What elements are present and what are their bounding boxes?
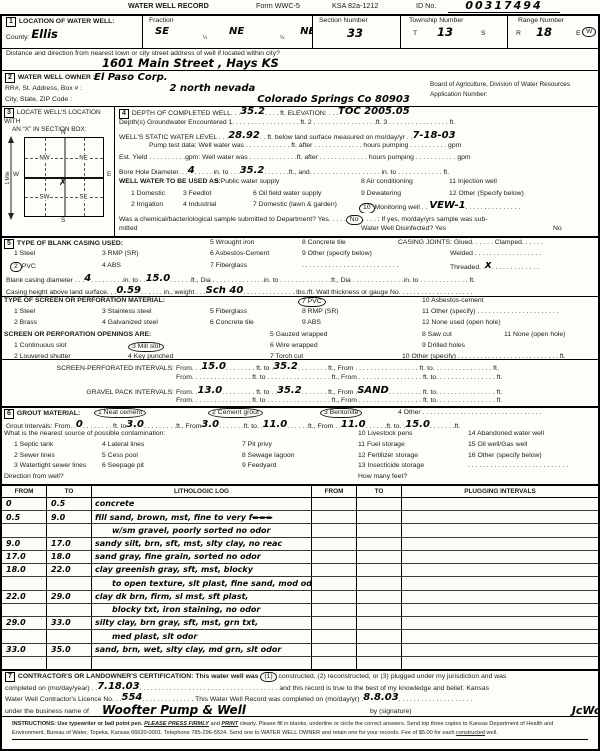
form-header: WATER WELL RECORD Form WWC-5 KSA 82a-121… [0, 0, 600, 14]
contam-row-2: 2 Sewer lines 5 Cess pool 8 Sewage lagoo… [2, 452, 598, 463]
screen-opt-11: 11 Other (specify) . . . . . . . . . . .… [422, 308, 559, 316]
plug-from [312, 657, 357, 669]
casing-opt-8: 8 Concrete tile [302, 239, 346, 247]
contam-opt-8: 8 Sewage lagoon [242, 452, 295, 460]
plug-from [312, 551, 357, 563]
casing-row-3: 2PVC 4 ABS 7 Fiberglass . . . . . . . . … [2, 262, 598, 274]
contam-opt-5: 5 Cess pool [102, 452, 138, 460]
monitoring-dots: . . . . . . . . . . . . . . . [466, 204, 521, 211]
casing-row-2: 1 Steel 3 RMP (SR) 6 Asbestos-Cement 9 O… [2, 250, 598, 262]
screen-pvc-circled: 7 PVC [298, 297, 326, 307]
how-many-feet-label: How many feet? [358, 473, 407, 481]
height-end: . . . . . . . . . . . . . . lbs./ft. Wal… [243, 289, 472, 296]
plug-to [357, 630, 402, 642]
contam-opt-4: 4 Lateral lines [102, 441, 144, 449]
monitoring-label: Monitoring well . . [375, 204, 428, 211]
to-value: 33.0 [51, 618, 71, 628]
screen-intervals-line-2: From. . . . . . . . . . . . . . . . ft. … [2, 374, 598, 386]
header-to-1: TO [47, 486, 92, 497]
distance-label: Distance and direction from nearest town… [6, 50, 598, 58]
to-value: 35.0 [51, 645, 71, 655]
use-title: WELL WATER TO BE USED AS: [119, 178, 221, 186]
grout-v6: 15.0 [405, 420, 430, 430]
instr-2c: well. [485, 730, 498, 736]
township-s: S [481, 30, 486, 38]
completed-label: completed on (mo/day/year) . . [5, 685, 97, 692]
range-west-circled: W [582, 27, 596, 37]
weight-value: Sch 40 [206, 286, 244, 296]
litho-row: 17.018.0sand gray, fine grain, sorted no… [2, 551, 598, 564]
plug-to [357, 564, 402, 576]
contam-other-dots: . . . . . . . . . . . . . . . . . . . . … [468, 462, 568, 470]
to-value: 0.5 [51, 499, 65, 509]
screen-opt-12: 12 None used (open hole) [422, 319, 501, 327]
contam-opt-7: 7 Pit privy [242, 441, 272, 449]
one-mile-label: 1 Mile [5, 171, 11, 185]
instr-print: PRINT [221, 721, 238, 727]
elevation-value: TOC 2005.05 [338, 107, 410, 117]
screen-opt-8: 8 RMP (SR) [302, 308, 339, 316]
contam-opt-15: 15 Oil well/Gas well [468, 441, 527, 449]
sample-suffix: . . . . ; If yes, mo/day/yrs sample was … [363, 216, 488, 223]
casing-joints-label: CASING JOINTS: Glued. . . . . . Clamped.… [398, 239, 543, 247]
location-title: LOCATION OF WATER WELL: [19, 18, 115, 25]
from-value: 9.0 [6, 539, 20, 549]
use-opt-12: 12 Other (Specify below) [449, 190, 524, 198]
section-5-number: 5 [4, 239, 14, 249]
sample-line: Was a chemical/bacteriological sample su… [115, 213, 598, 225]
gravel-intervals-line-1: GRAVEL PACK INTERVALS:From. .13.0. . . .… [2, 386, 598, 398]
cert-title: CONTRACTOR'S OR LANDOWNER'S CERTIFICATIO… [18, 673, 259, 680]
openings-title: SCREEN OR PERFORATION OPENINGS ARE: [4, 331, 151, 339]
log-value: clay greenish gray, sft, mst, blocky [95, 565, 253, 575]
use-row-1: WELL WATER TO BE USED AS: 5 Public water… [115, 178, 598, 190]
quarter-2: ¼ [280, 35, 284, 41]
casing-diameter-line: Blank casing diameter . . .4. . . . . . … [2, 274, 598, 286]
grout-other: 4 Other . . . . . . . . . . . . . . . . … [398, 409, 542, 417]
contam-opt-10: 10 Livestock pens [358, 430, 412, 438]
diameter-value: 4 [84, 274, 91, 284]
constructed-circled: (1) [260, 672, 276, 682]
header-from-1: FROM [2, 486, 47, 497]
openings-opt-10: 10 Other (specify) . . . . . . . . . . .… [402, 353, 566, 361]
from-value: 33.0 [6, 645, 26, 655]
screen-row-1: TYPE OF SCREEN OR PERFORATION MATERIAL: … [2, 297, 598, 308]
plug-to [357, 617, 402, 629]
grout-d2: . . . . . . . . .ft., From [144, 423, 201, 430]
static-label: WELL'S STATIC WATER LEVEL . . . [119, 134, 228, 141]
pvc-circled: 2 [10, 262, 22, 272]
screen-opt-3: 3 Stainless steel [102, 308, 152, 316]
casing-opt-4: 4 ABS [102, 262, 121, 270]
log-value: w/sm gravel, poorly sorted no odor [112, 526, 270, 536]
si-end: . . . . . . . . ft., From . . . . . . . … [298, 365, 499, 372]
sample-question: Was a chemical/bacteriological sample su… [119, 216, 346, 223]
contam-opt-16: 16 Other (specify below) [468, 452, 542, 460]
height-value: 0.59 [116, 286, 141, 296]
cert-options: constructed, (2) reconstructed, or (3) p… [279, 673, 507, 680]
log-value: concrete [95, 499, 134, 509]
log-value: clay dk brn, firm, sl mst, sft plast, [95, 592, 248, 602]
grout-title: GROUT MATERIAL: [17, 410, 80, 417]
log-value: to open texture, slt plast, fine sand, m… [112, 579, 312, 589]
section-1-number: 1 [6, 17, 16, 27]
screen-row-3: 2 Brass 4 Galvanized steel 6 Concrete ti… [2, 319, 598, 330]
contam-opt-13: 13 Insecticide storage [358, 462, 424, 470]
openings-row-1: SCREEN OR PERFORATION OPENINGS ARE: 5 Ga… [2, 331, 598, 342]
plug-to [357, 644, 402, 656]
sample-mitted: mitted [119, 225, 138, 233]
plug-from [312, 630, 357, 642]
static-mid-label: . . ft. below land surface measured on m… [260, 134, 413, 141]
openings-opt-1: 1 Continuous slot [14, 342, 67, 350]
contam-question: What is the nearest source of possible c… [4, 430, 165, 438]
lithologic-table: FROM TO LITHOLOGIC LOG FROM TO PLUGGING … [2, 484, 598, 669]
litho-row: med plast, slt odor [2, 630, 598, 643]
gravel-label: GRAVEL PACK INTERVALS: [6, 389, 176, 397]
from-value: 17.0 [6, 552, 26, 562]
bore-depth: 35.2 [240, 166, 265, 176]
owner-title: WATER WELL OWNER : [18, 74, 95, 81]
instr-press-firmly: PLEASE PRESS FIRMLY [144, 721, 209, 727]
gi-from2: . . . . . . . ft., From . [302, 389, 358, 396]
monitoring-circled: 10 [359, 203, 375, 213]
cert-belief: . . . . . . . . . . . . . . . . . . . . … [140, 685, 489, 692]
contam-opt-6: 6 Seepage pit [102, 462, 144, 470]
diameter-end: . . . . . .ft., Dia . . . . . . . . . . … [170, 277, 475, 284]
screen-title: TYPE OF SCREEN OR PERFORATION MATERIAL: [4, 297, 165, 305]
cert-line-1: 7CONTRACTOR'S OR LANDOWNER'S CERTIFICATI… [2, 671, 598, 682]
contam-opt-9: 9 Feedyard [242, 462, 276, 470]
plug-from [312, 498, 357, 510]
openings-row-3: 2 Louvered shutter 4 Key punched 7 Torch… [2, 353, 598, 364]
log-value: sandy silt, brn, sft, mst, slty clay, no… [95, 539, 282, 549]
si-from: From. . . [176, 365, 201, 372]
license-value: 554 [122, 693, 143, 703]
depth-label: DEPTH OF COMPLETED WELL. . . [132, 110, 240, 117]
section-5-casing: 5TYPE OF BLANK CASING USED: 5 Wrought ir… [2, 236, 598, 296]
threaded-label: Threaded. . [450, 264, 485, 271]
screen-section: TYPE OF SCREEN OR PERFORATION MATERIAL: … [2, 296, 598, 359]
direction-label: Direction from well? [4, 473, 64, 481]
bore-end-label: . . . . . . .ft., and. . . . . . . . . .… [264, 169, 449, 176]
owner-address: 2 north nevada [169, 83, 255, 94]
plug-to [357, 604, 402, 616]
township-value: 13 [437, 25, 453, 39]
plug-to [357, 577, 402, 589]
section-1-location: 1LOCATION OF WATER WELL: County: Ellis F… [2, 16, 598, 48]
compass-n: N [61, 129, 66, 137]
use-row-2: 1 Domestic 3 Feedlot 6 Oil field water s… [115, 190, 598, 202]
litho-row [2, 657, 598, 669]
header-log: LITHOLOGIC LOG [92, 486, 312, 497]
screen-row-2: 1 Steel 3 Stainless steel 5 Fiberglass 8… [2, 308, 598, 319]
instructions: INSTRUCTIONS: Use typewriter or ball poi… [2, 716, 598, 749]
groundwater-line: Depth(s) Groundwater Encountered 1. . . … [115, 119, 598, 131]
screen-opt-9: 9 ABS [302, 319, 321, 327]
bore-mid-label: . . . . . in. to . . . [195, 169, 240, 176]
litho-row: 9.017.0sandy silt, brn, sft, mst, slty c… [2, 538, 598, 551]
depth-value: 35.2 [240, 107, 265, 117]
litho-row: 29.033.0silty clay, brn gray, sft, mst, … [2, 617, 598, 630]
bentonite-circled: 3 Bentonite [320, 408, 362, 418]
contam-opt-14: 14 Abandoned water well [468, 430, 544, 438]
screen-intervals-label: SCREEN-PERFORATED INTERVALS: [6, 365, 176, 373]
use-opt-11: 11 Injection well [449, 178, 497, 186]
to-value: 22.0 [51, 565, 71, 575]
grout-d3: . . . . . . .ft. to. . [219, 423, 262, 430]
static-level-line: WELL'S STATIC WATER LEVEL . . .28.92. . … [115, 131, 598, 143]
quarter-1: ¼ [203, 35, 207, 41]
litho-row: 18.022.0clay greenish gray, sft, mst, bl… [2, 564, 598, 577]
well-x-mark: ✗ [59, 178, 67, 188]
plug-from [312, 511, 357, 523]
gi-blank: From. . . . . . . . . . . . . . . . ft. … [176, 397, 502, 404]
plug-to [357, 538, 402, 550]
casing-opt-1: 1 Steel [14, 250, 35, 258]
section-2-number: 2 [5, 73, 15, 83]
openings-opt-2: 2 Louvered shutter [14, 353, 71, 361]
litho-row: 22.029.0clay dk brn, firm, sl mst, sft p… [2, 591, 598, 604]
section-3-4: 3LOCATE WELL'S LOCATION WITH AN “X” IN S… [2, 106, 598, 236]
id-label: ID No. [416, 2, 436, 11]
to-value: 18.0 [51, 552, 71, 562]
casing-opt-7: 7 Fiberglass [210, 262, 247, 270]
use-opt-8: 8 Air conditioning [361, 178, 413, 186]
compass-s: S [61, 217, 65, 225]
plug-from [312, 577, 357, 589]
owner-city: Colorado Springs Co 80903 [257, 94, 410, 105]
township-cell: Township Number T 13 S [400, 16, 507, 48]
si-to-value: 35.2 [273, 362, 298, 372]
bore-diameter: 4 [188, 166, 195, 176]
litho-row: 0.59.0fill sand, brown, mst, fine to ver… [2, 511, 598, 524]
log-value: blocky txt, iron staining, no odor [112, 605, 260, 615]
use-opt-4: 4 Industrial [183, 201, 216, 209]
grout-v4: 11.0 [263, 420, 288, 430]
range-cell: Range Number R 18 E W [507, 16, 598, 48]
use-opt-2: 2 Irrigation [131, 201, 163, 209]
bore-label: Bore Hole Diameter. . . [119, 169, 188, 176]
diameter-mid: . . . . . . . . .in. to . . [91, 277, 145, 284]
disinfected-no: No [553, 225, 562, 233]
plug-interval [402, 644, 598, 656]
section-3-number: 3 [4, 108, 14, 118]
height-label: Casing height above land surface. . . [6, 289, 116, 296]
gi-sand-value: SAND [357, 386, 389, 396]
plug-from [312, 604, 357, 616]
plug-to [357, 551, 402, 563]
openings-opt-11: 11 None (open hole) [504, 331, 565, 339]
use-opt-5: 5 Public water supply [215, 178, 279, 186]
mill-slot-circled: 3 Mill slot [128, 342, 164, 352]
monitoring-value: VEW-1 [429, 201, 465, 211]
pvc-label: PVC [22, 263, 36, 270]
county-label: County: [6, 34, 29, 41]
section-number-cell: Section Number 33 [312, 16, 400, 48]
owner-name: El Paso Corp. [94, 72, 168, 83]
from-value: 18.0 [6, 565, 26, 575]
casing-row-1: 5TYPE OF BLANK CASING USED: 5 Wrought ir… [2, 238, 598, 250]
si-from-value: 15.0 [201, 362, 226, 372]
casing-opt-3: 3 RMP (SR) [102, 250, 139, 258]
casing-opt-9: 9 Other (specify below) [302, 250, 372, 258]
plug-from [312, 564, 357, 576]
fraction-label: Fraction [149, 17, 174, 25]
openings-opt-9: 9 Drilled holes [422, 342, 465, 350]
business-label: under the business name of [5, 708, 89, 716]
disinfected-label: Water Well Disinfected? Yes [361, 225, 446, 233]
cert-dots: . . . . . . . . . . . . . . . . . . . . [399, 696, 473, 703]
business-name: Woofter Pump & Well [102, 703, 246, 716]
to-value: 9.0 [51, 513, 65, 523]
openings-opt-6: 6 Wire wrapped [270, 342, 318, 350]
openings-opt-7: 7 Torch cut [270, 353, 303, 361]
header-to-2: TO [357, 486, 402, 497]
instr-1e: clearly. Please fill in blanks, underlin… [238, 721, 553, 727]
log-value: sand, brn, wet, slty clay, md grn, slt o… [95, 645, 281, 655]
contam-opt-11: 11 Fuel storage [358, 441, 405, 449]
signature-value: JcWoofter Pli. [572, 704, 598, 716]
casing-opt-5: 5 Wrought iron [210, 239, 254, 247]
id-value: 00317494 [448, 0, 560, 13]
openings-opt-4: 4 Key punched [128, 353, 173, 361]
plug-interval [402, 591, 598, 603]
completed-date: 7.18.03 [97, 682, 139, 692]
range-r: R [516, 30, 521, 38]
from-value: 29.0 [6, 618, 26, 628]
neat-cement-circled: 1 Neat cement [94, 408, 146, 418]
threaded-dots: . . . . . . . . . . . . . [492, 264, 539, 271]
diameter-label: Blank casing diameter . . . [6, 277, 84, 284]
cert-line-2: completed on (mo/day/year) . .7.18.03. .… [2, 682, 598, 693]
contam-opt-12: 12 Fertilizer storage [358, 452, 418, 460]
board-line2: Application Number: [430, 91, 488, 99]
distance-value: 1601 Main Street , Hays KS [102, 56, 279, 70]
owner-city-label: City, State, ZIP Code : [5, 96, 72, 104]
grout-d5: . . . . . .ft. to. . [366, 423, 406, 430]
board-line1: Board of Agriculture, Division of Water … [430, 81, 570, 89]
grout-row-1: 6GROUT MATERIAL: 1 Neat cement 2 Cement … [2, 408, 598, 420]
county-cell: 1LOCATION OF WATER WELL: County: Ellis [2, 16, 142, 48]
gi-to: . . . . . . . . . ft. to . . [222, 389, 277, 396]
instructions-line-1: INSTRUCTIONS: Use typewriter or ball poi… [12, 720, 588, 729]
use-opt-10: 10Monitoring well . . VEW-1. . . . . . .… [359, 201, 520, 213]
section-7-number: 7 [5, 672, 15, 682]
depth-line: 4DEPTH OF COMPLETED WELL. . .35.2. . . .… [115, 107, 598, 119]
screen-opt-1: 1 Steel [14, 308, 35, 316]
quadrant-sw: SW [39, 193, 51, 200]
plug-interval [402, 630, 598, 642]
instr-2a: Environment, Bureau of Water, Topeka, Ka… [12, 730, 456, 736]
static-value: 28.92 [228, 131, 260, 141]
grout-v2: 3.0 [126, 420, 144, 430]
casing-welded: Welded . . . . . . . . . . . . . . . . .… [450, 250, 541, 258]
grout-d4: . . . . . .ft., From . . [287, 423, 341, 430]
to-value: 29.0 [51, 592, 71, 602]
form-body: 1LOCATION OF WATER WELL: County: Ellis F… [0, 14, 600, 751]
section-grid-box: NW NE SW SE ✗ [24, 137, 104, 217]
log-value: silty clay, brn gray, sft, mst, grn txt, [95, 618, 258, 628]
quadrant-nw: NW [38, 154, 50, 161]
gi-to-value: 35.2 [277, 386, 302, 396]
sample-no-circled: No [346, 215, 363, 225]
bore-hole-line: Bore Hole Diameter. . .4. . . . . in. to… [115, 166, 598, 178]
compass-e: E [107, 171, 111, 179]
litho-row: w/sm gravel, poorly sorted no odor [2, 524, 598, 537]
record-date: 8.8.03 [363, 693, 398, 703]
section-7-certification: 7CONTRACTOR'S OR LANDOWNER'S CERTIFICATI… [2, 669, 598, 716]
si-blank: From. . . . . . . . . . . . . . . . ft. … [176, 374, 502, 381]
locate-title-2: AN “X” IN SECTION BOX: [2, 126, 114, 134]
header-plugging: PLUGGING INTERVALS [402, 486, 598, 497]
instr-1a: INSTRUCTIONS: Use typewriter or ball poi… [12, 721, 144, 727]
contam-row-3: 3 Watertight sewer lines 6 Seepage pit 9… [2, 462, 598, 473]
grout-d6: . . . . . . .ft. [430, 423, 460, 430]
instr-constructed: constructed [456, 730, 485, 736]
plug-interval [402, 617, 598, 629]
plug-to [357, 657, 402, 669]
form-number: Form WWC-5 [256, 2, 300, 11]
si-to: . . . . . . . . ft. to . [226, 365, 273, 372]
section-4-pane: 4DEPTH OF COMPLETED WELL. . .35.2. . . .… [115, 107, 598, 236]
static-date: 7-18-03 [412, 131, 455, 141]
plug-from [312, 524, 357, 536]
section-number-value: 33 [347, 26, 363, 40]
fraction-2: NE [229, 26, 244, 37]
bottom-rule [12, 739, 588, 743]
from-value: 0.5 [6, 513, 20, 523]
diameter-depth: 15.0 [146, 274, 171, 284]
contam-row-0: What is the nearest source of possible c… [2, 430, 598, 441]
fraction-cell: Fraction SE ¼ NE ¼ NE SW ¼ [142, 16, 312, 48]
range-label: Range Number [518, 17, 564, 25]
openings-opt-5: 5 Gauzed wrapped [270, 331, 327, 339]
plug-to [357, 591, 402, 603]
casing-other-dots: . . . . . . . . . . . . . . . . . . . . … [302, 262, 398, 270]
screen-opt-10: 10 Asbestos-cement [422, 297, 484, 305]
plug-interval [402, 577, 598, 589]
plug-interval [402, 524, 598, 536]
contam-row-1: 1 Septic tank 4 Lateral lines 7 Pit priv… [2, 441, 598, 452]
owner-address-label: RR#, St. Address, Box # : [5, 85, 82, 93]
threaded-x: X [485, 262, 492, 271]
log-value: med plast, slt odor [112, 632, 197, 642]
screen-opt-4: 4 Galvanized steel [102, 319, 158, 327]
plug-to [357, 498, 402, 510]
litho-row: blocky txt, iron staining, no odor [2, 604, 598, 617]
screen-opt-6: 6 Concrete tile [210, 319, 254, 327]
yield-line: Est. Yield . . . . . . . . . .gpm: Well … [115, 154, 598, 166]
weight-label: . . . . . . in., weight . . . [141, 289, 206, 296]
contamination-section: What is the nearest source of possible c… [2, 430, 598, 484]
to-value: 17.0 [51, 539, 71, 549]
distance-row: Distance and direction from nearest town… [2, 48, 598, 70]
from-value: 0 [6, 499, 12, 509]
grout-v1: 0 [76, 420, 83, 430]
section-number-label: Section Number [319, 17, 368, 25]
intervals-section: SCREEN-PERFORATED INTERVALS:From. . .15.… [2, 359, 598, 406]
quadrant-se: SE [78, 193, 88, 200]
use-opt-6: 6 Oil field water supply [253, 190, 321, 198]
quadrant-ne: NE [78, 154, 89, 161]
gi-end: . . . . . . . . . ft. to. . . . . . . . … [389, 389, 502, 396]
instructions-line-2: Environment, Bureau of Water, Topeka, Ka… [12, 729, 588, 738]
township-t: T [413, 30, 417, 38]
grout-v5: 11.0 [341, 420, 366, 430]
plug-interval [402, 498, 598, 510]
plug-interval [402, 564, 598, 576]
